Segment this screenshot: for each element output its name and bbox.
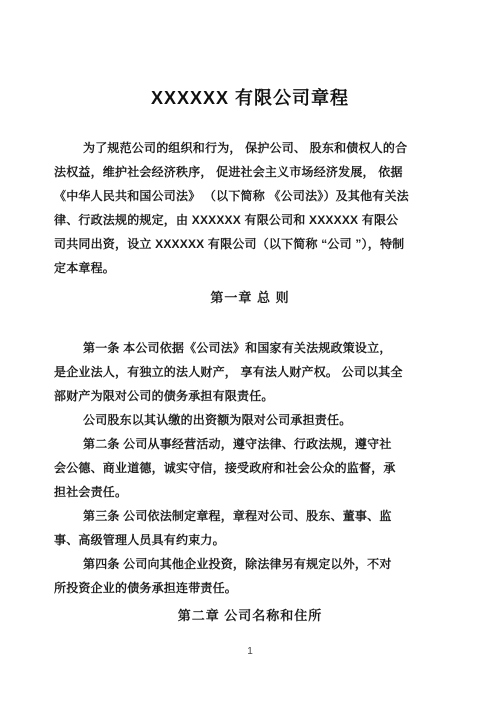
document-title: XXXXXX 有限公司章程: [0, 0, 500, 110]
paragraph: 第一条 本公司依据《公司法》和国家有关法规政策设立，是企业法人，有独立的法人财产…: [54, 336, 500, 408]
text-line: 第三条 公司依法制定章程，章程对公司、股东、董事、监: [54, 504, 500, 528]
document-body: 为了规范公司的组织和行为， 保护公司、 股东和债权人的合法权益，维护社会经济秩序…: [0, 136, 500, 628]
page-number: 1: [0, 646, 500, 657]
text-line: 公司股东以其认缴的出资额为限对公司承担责任。: [54, 408, 500, 432]
text-line: 律、行政法规的规定，由 XXXXXX 有限公司和 XXXXXX 有限公: [54, 208, 500, 232]
text-line: 第二条 公司从事经营活动，遵守法律、行政法规，遵守社: [54, 432, 500, 456]
paragraph: 为了规范公司的组织和行为， 保护公司、 股东和债权人的合法权益，维护社会经济秩序…: [54, 136, 500, 280]
text-line: 司共同出资，设立 XXXXXX 有限公司（以下简称 “公司 ”），特制: [54, 232, 500, 256]
text-line: 第一条 本公司依据《公司法》和国家有关法规政策设立，: [54, 336, 500, 360]
paragraph: 公司股东以其认缴的出资额为限对公司承担责任。: [54, 408, 500, 432]
paragraph: 第二条 公司从事经营活动，遵守法律、行政法规，遵守社会公德、商业道德，诚实守信，…: [54, 432, 500, 504]
text-line: 部财产为限对公司的债务承担有限责任。: [54, 384, 500, 408]
text-line: 《中华人民共和国公司法》 （以下简称 《公司法》）及其他有关法: [54, 184, 500, 208]
text-line: 为了规范公司的组织和行为， 保护公司、 股东和债权人的合: [54, 136, 500, 160]
text-line: 担社会责任。: [54, 480, 500, 504]
document-page: XXXXXX 有限公司章程 为了规范公司的组织和行为， 保护公司、 股东和债权人…: [0, 0, 500, 708]
text-line: 所投资企业的债务承担连带责任。: [54, 576, 500, 600]
paragraph: 第三条 公司依法制定章程，章程对公司、股东、董事、监事、高级管理人员具有约束力。: [54, 504, 500, 552]
text-line: 事、高级管理人员具有约束力。: [54, 528, 500, 552]
text-line: 定本章程。: [54, 256, 500, 280]
text-line: 第四条 公司向其他企业投资，除法律另有规定以外，不对: [54, 552, 500, 576]
chapter-heading: 第一章 总 则: [0, 286, 500, 310]
text-line: 法权益，维护社会经济秩序， 促进社会主义市场经济发展， 依据: [54, 160, 500, 184]
text-line: 会公德、商业道德，诚实守信，接受政府和社会公众的监督，承: [54, 456, 500, 480]
chapter-heading: 第二章 公司名称和住所: [0, 604, 500, 628]
paragraph: 第四条 公司向其他企业投资，除法律另有规定以外，不对所投资企业的债务承担连带责任…: [54, 552, 500, 600]
text-line: 是企业法人，有独立的法人财产， 享有法人财产权。 公司以其全: [54, 360, 500, 384]
